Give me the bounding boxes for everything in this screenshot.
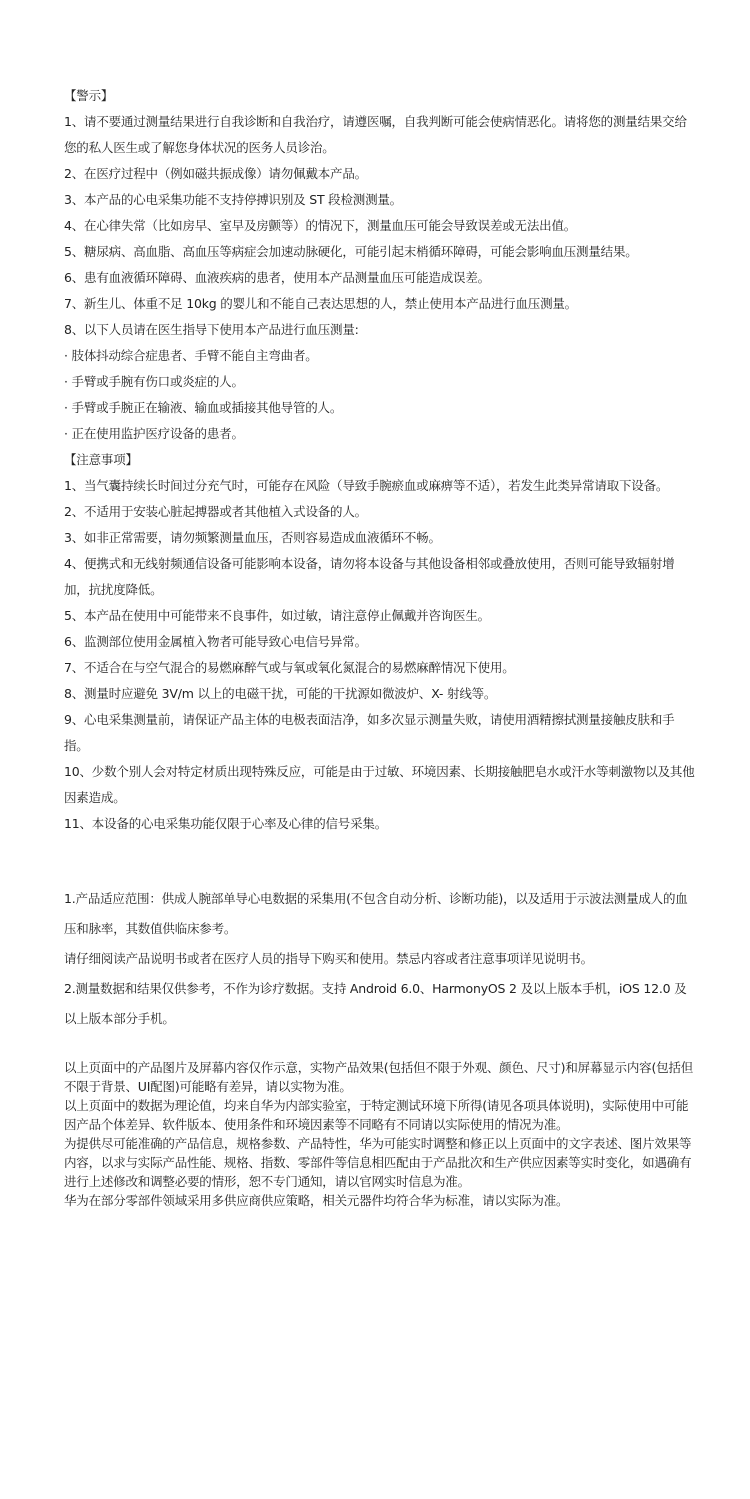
warning-sub-item: · 手臂或手腕正在输液、输血或插接其他导管的人。: [64, 395, 696, 421]
document-page: 【警示】 1、请不要通过测量结果进行自我诊断和自我治疗，请遵医嘱，自我判断可能会…: [64, 83, 696, 1210]
precaution-item: 2、不适用于安装心脏起搏器或者其他植入式设备的人。: [64, 499, 696, 525]
disclaimer-item: 华为在部分零部件领域采用多供应商供应策略，相关元器件均符合华为标准，请以实际为准…: [64, 1191, 696, 1210]
precaution-item: 3、如非正常需要，请勿频繁测量血压，否则容易造成血液循环不畅。: [64, 525, 696, 551]
warning-item: 2、在医疗过程中（例如磁共振成像）请勿佩戴本产品。: [64, 161, 696, 187]
warning-item: 7、新生儿、体重不足 10kg 的婴儿和不能自己表达思想的人，禁止使用本产品进行…: [64, 291, 696, 317]
product-info-item: 2.测量数据和结果仅供参考，不作为诊疗数据。支持 Android 6.0、Har…: [64, 974, 696, 1034]
disclaimer-item: 为提供尽可能准确的产品信息，规格参数、产品特性，华为可能实时调整和修正以上页面中…: [64, 1134, 696, 1191]
precaution-item: 4、便携式和无线射频通信设备可能影响本设备，请勿将本设备与其他设备相邻或叠放使用…: [64, 551, 696, 603]
disclaimer-item: 以上页面中的产品图片及屏幕内容仅作示意，实物产品效果(包括但不限于外观、颜色、尺…: [64, 1058, 696, 1096]
warning-item: 1、请不要通过测量结果进行自我诊断和自我治疗，请遵医嘱，自我判断可能会使病情恶化…: [64, 109, 696, 161]
precaution-item: 9、心电采集测量前，请保证产品主体的电极表面洁净，如多次显示测量失败，请使用酒精…: [64, 707, 696, 759]
precaution-item: 7、不适合在与空气混合的易燃麻醉气或与氧或氧化氮混合的易燃麻醉情况下使用。: [64, 655, 696, 681]
precaution-item: 6、监测部位使用金属植入物者可能导致心电信号异常。: [64, 629, 696, 655]
warning-sub-item: · 正在使用监护医疗设备的患者。: [64, 421, 696, 447]
warning-item: 6、患有血液循环障碍、血液疾病的患者，使用本产品测量血压可能造成误差。: [64, 265, 696, 291]
warning-sub-item: · 肢体抖动综合症患者、手臂不能自主弯曲者。: [64, 343, 696, 369]
warning-sub-item: · 手臂或手腕有伤口或炎症的人。: [64, 369, 696, 395]
precaution-item: 8、测量时应避免 3V/m 以上的电磁干扰，可能的干扰源如微波炉、X- 射线等。: [64, 681, 696, 707]
warning-item: 5、糖尿病、高血脂、高血压等病症会加速动脉硬化，可能引起末梢循环障碍，可能会影响…: [64, 239, 696, 265]
disclaimer-item: 以上页面中的数据为理论值，均来自华为内部实验室，于特定测试环境下所得(请见各项具…: [64, 1096, 696, 1134]
warning-item: 8、以下人员请在医生指导下使用本产品进行血压测量:: [64, 317, 696, 343]
warnings-section: 【警示】 1、请不要通过测量结果进行自我诊断和自我治疗，请遵医嘱，自我判断可能会…: [64, 83, 696, 837]
warnings-heading: 【警示】: [64, 83, 696, 109]
precaution-item: 5、本产品在使用中可能带来不良事件，如过敏，请注意停止佩戴并咨询医生。: [64, 603, 696, 629]
precaution-item: 1、当气囊持续长时间过分充气时，可能存在风险（导致手腕瘀血或麻痹等不适），若发生…: [64, 473, 696, 499]
product-info-item: 1.产品适应范围：供成人腕部单导心电数据的采集用(不包含自动分析、诊断功能)，以…: [64, 884, 696, 944]
precautions-heading: 【注意事项】: [64, 447, 696, 473]
warning-item: 4、在心律失常（比如房早、室早及房颤等）的情况下，测量血压可能会导致误差或无法出…: [64, 213, 696, 239]
precaution-item: 11、本设备的心电采集功能仅限于心率及心律的信号采集。: [64, 811, 696, 837]
product-info-section: 1.产品适应范围：供成人腕部单导心电数据的采集用(不包含自动分析、诊断功能)，以…: [64, 884, 696, 1034]
disclaimer-section: 以上页面中的产品图片及屏幕内容仅作示意，实物产品效果(包括但不限于外观、颜色、尺…: [64, 1058, 696, 1210]
warning-item: 3、本产品的心电采集功能不支持停搏识别及 ST 段检测测量。: [64, 187, 696, 213]
product-info-item: 请仔细阅读产品说明书或者在医疗人员的指导下购买和使用。禁忌内容或者注意事项详见说…: [64, 944, 696, 974]
precaution-item: 10、少数个别人会对特定材质出现特殊反应，可能是由于过敏、环境因素、长期接触肥皂…: [64, 759, 696, 811]
